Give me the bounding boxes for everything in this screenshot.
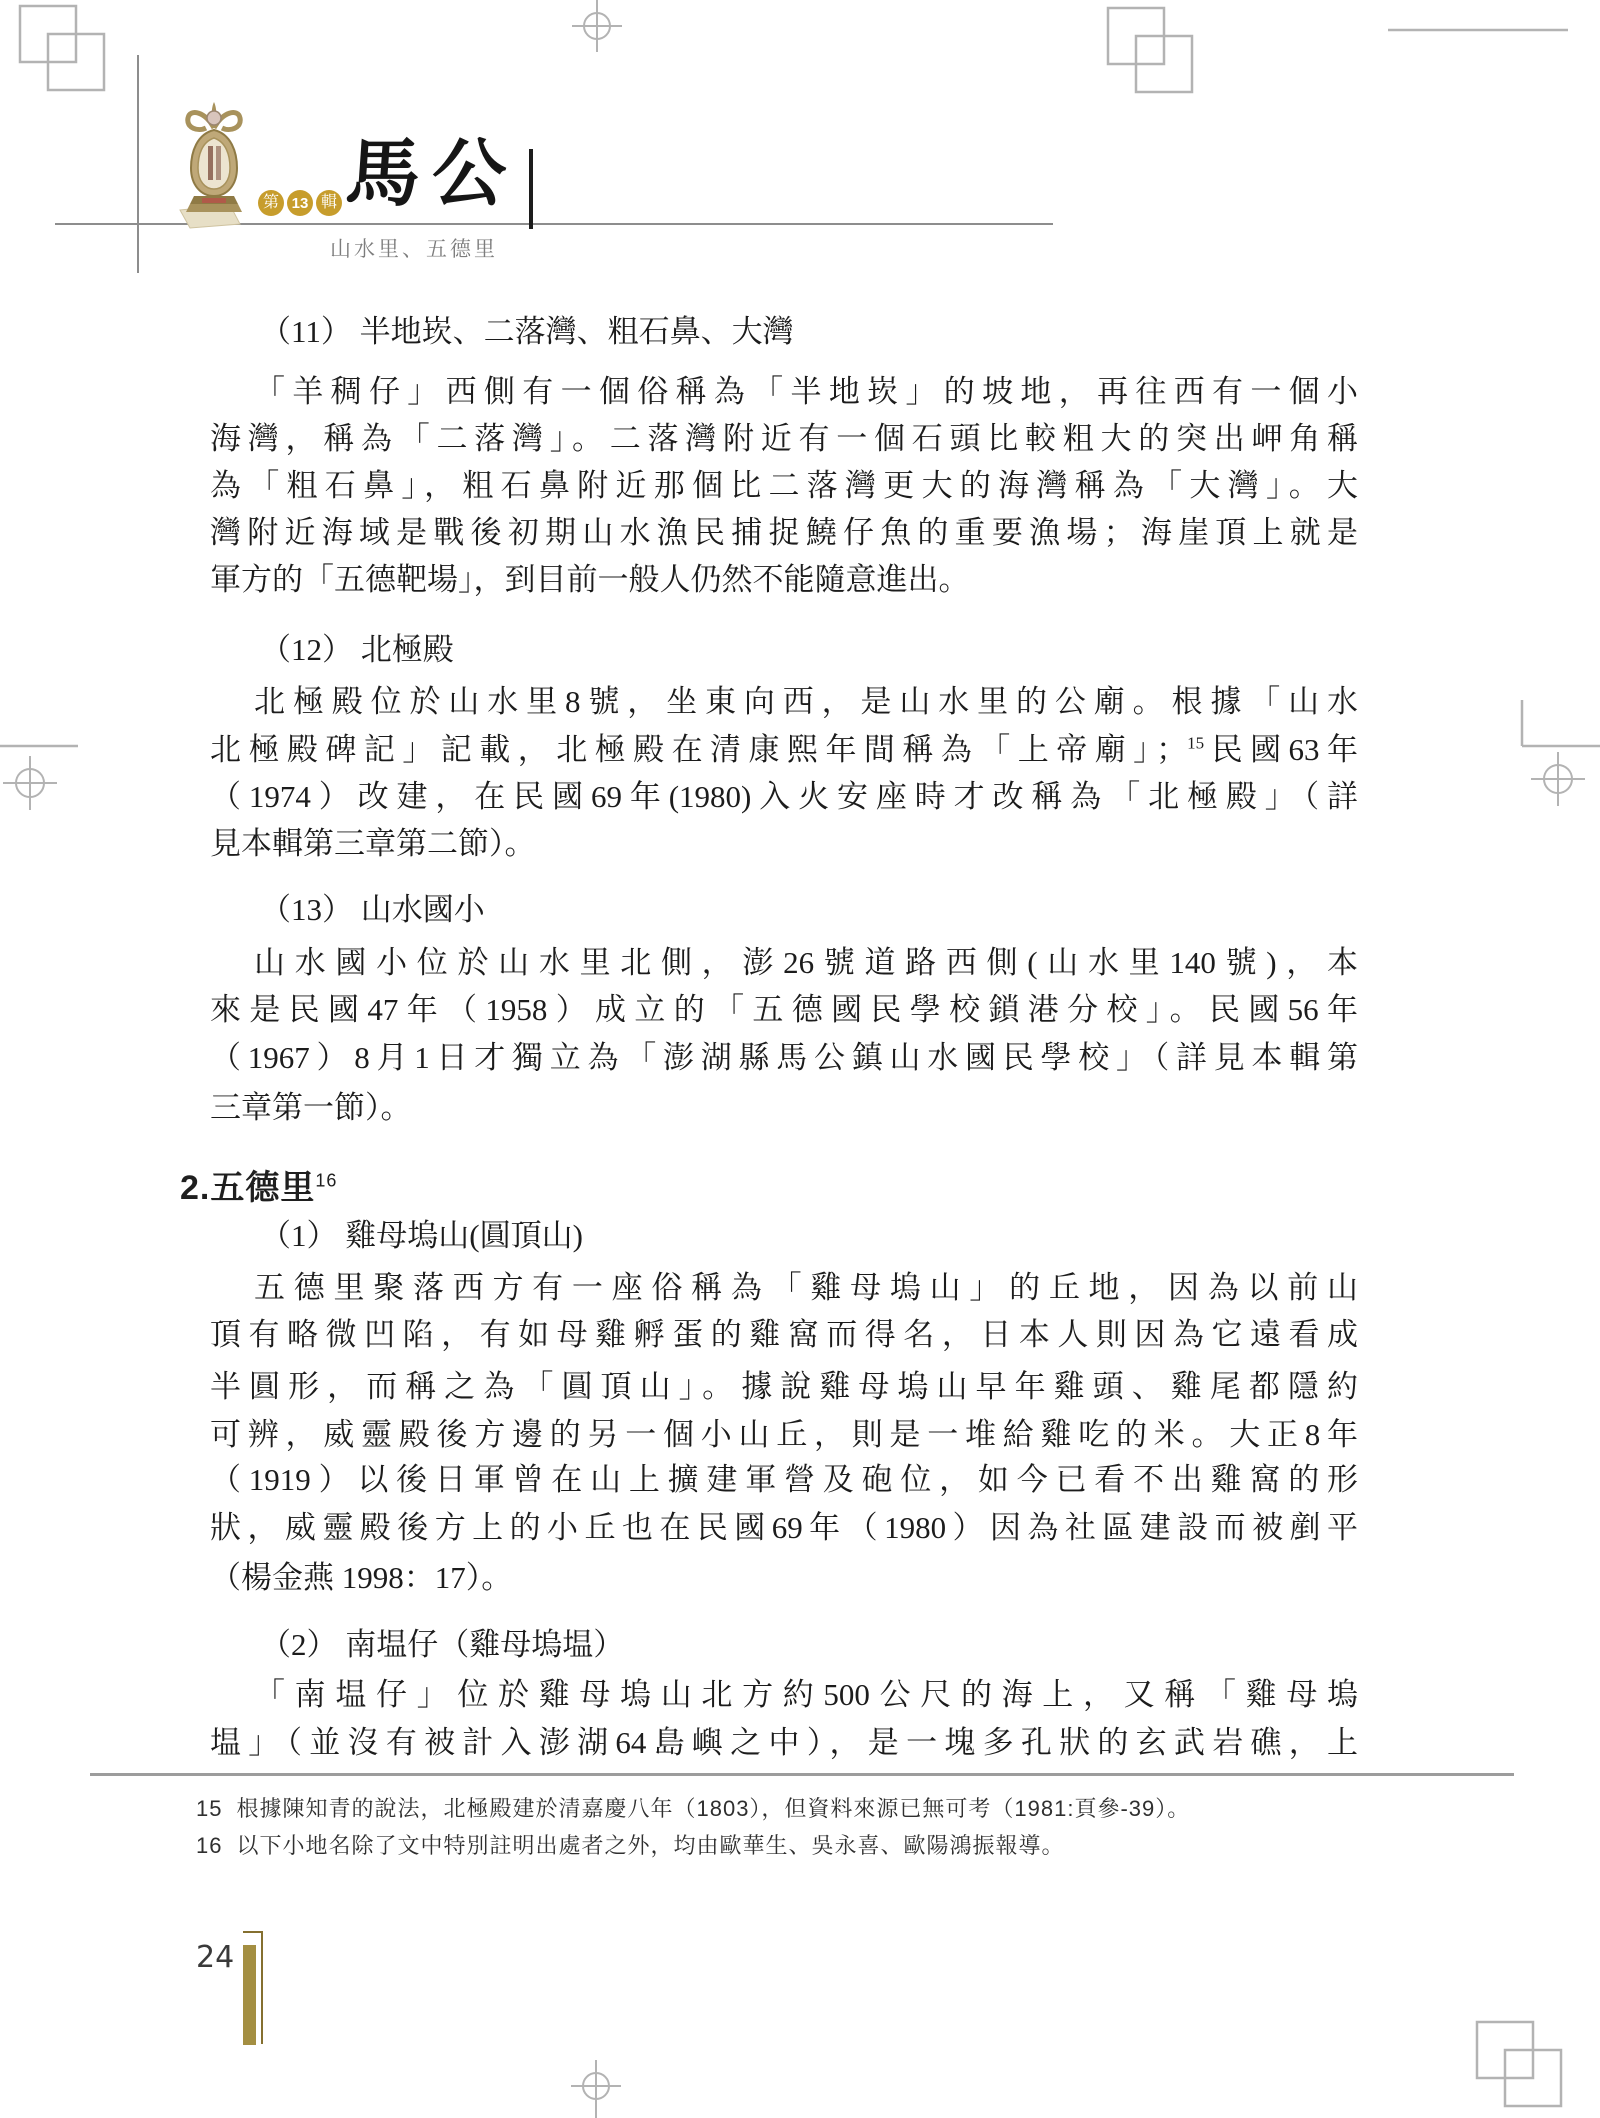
text-line: 塭」（並沒有被計入澎湖64島嶼之中），是一塊多孔狀的玄武岩礁，上 [210, 1723, 1358, 1765]
stele-ornament-image [178, 100, 250, 230]
text-line: 可辨，威靈殿後方邊的另一個小山丘，則是一堆給雞吃的米。大正8年 [210, 1415, 1358, 1457]
crosshair-icon [1531, 752, 1585, 806]
crop-square-icon [1136, 36, 1192, 92]
crop-square-icon [48, 34, 104, 90]
crosshair-icon [572, 0, 622, 52]
text-line: 狀，威靈殿後方上的小丘也在民國69年（1980）因為社區建設而被剷平 [210, 1508, 1358, 1550]
text-line: 來是民國47年（1958）成立的「五德國民學校鎖港分校」。民國56年 [210, 990, 1358, 1032]
text-line: 灣附近海域是戰後初期山水漁民捕捉鱙仔魚的重要漁場；海崖頂上就是 [210, 513, 1358, 555]
spine-line-horizontal [243, 1931, 263, 1933]
crop-square-icon [1505, 2050, 1561, 2106]
footnote-ref: 15 [1187, 734, 1204, 753]
section-heading: （2） 南塭仔（雞母塢塭） [210, 1625, 1358, 1667]
section-heading: （1） 雞母塢山(圓頂山) [210, 1216, 1358, 1258]
subsection-title: 五德里 [210, 1169, 315, 1207]
text-line: 頂有略微凹陷，有如母雞孵蛋的雞窩而得名，日本人則因為它遠看成 [210, 1315, 1358, 1357]
crosshair-icon [571, 2060, 621, 2118]
crop-square-icon [1108, 8, 1164, 64]
book-page: { "page_number": "24", "header": { "badg… [0, 0, 1600, 2118]
badge-circle-prefix: 第 [258, 190, 284, 216]
badge-circle-suffix: 輯 [316, 190, 342, 216]
spine-gold-bar [243, 1945, 256, 2045]
book-title-calligraphy: 馬公 [343, 138, 520, 212]
text-line: （楊金燕 1998：17）。 [210, 1558, 1358, 1600]
text-line: 北極殿位於山水里8號，坐東向西，是山水里的公廟。根據「山水 [210, 682, 1358, 724]
text-line: 見本輯第三章第二節）。 [210, 824, 1358, 866]
text-line: 北極殿碑記」記載，北極殿在清康熙年間稱為「上帝廟」；15民國63年 [210, 730, 1358, 772]
text-line: 五德里聚落西方有一座俗稱為「雞母塢山」的丘地，因為以前山 [210, 1268, 1358, 1310]
footnote-number: 16 [196, 1833, 222, 1858]
subsection-number: 2. [180, 1169, 210, 1207]
footnote-text: 根據陳知青的說法，北極殿建於清嘉慶八年（1803），但資料來源已無可考（1981… [236, 1796, 1190, 1821]
section-heading: （13） 山水國小 [210, 890, 1358, 932]
text-line: 半圓形，而稱之為「圓頂山」。據說雞母塢山早年雞頭、雞尾都隱約 [210, 1367, 1358, 1409]
series-badge: 第 13 輯 [258, 190, 342, 216]
page-number: 24 [196, 1940, 234, 1975]
crop-square-icon [1477, 2022, 1533, 2078]
text-line: 軍方的「五德靶場」，到目前一般人仍然不能隨意進出。 [210, 560, 1358, 602]
subsection-heading: 2.五德里16 [180, 1160, 337, 1209]
footnote: 15根據陳知青的說法，北極殿建於清嘉慶八年（1803），但資料來源已無可考（19… [196, 1792, 1456, 1823]
text-line: （1967）8月1日才獨立為「澎湖縣馬公鎮山水國民學校」（詳見本輯第 [210, 1038, 1358, 1080]
text-line: 「南塭仔」位於雞母塢山北方約500公尺的海上，又稱「雞母塢 [210, 1675, 1358, 1717]
spine-line-vertical [261, 1931, 263, 2044]
badge-circle-number: 13 [287, 190, 313, 216]
text-line: 「羊稠仔」西側有一個俗稱為「半地崁」的坡地，再往西有一個小 [210, 372, 1358, 414]
text-line: 海灣，稱為「二落灣」。二落灣附近有一個石頭比較粗大的突出岬角稱 [210, 419, 1358, 461]
footnote: 16以下小地名除了文中特別註明出處者之外，均由歐華生、吳永喜、歐陽鴻振報導。 [196, 1829, 1456, 1860]
header-vertical-line [137, 55, 139, 273]
text-run: 民國63年 [1204, 732, 1358, 767]
footnote-rule [90, 1773, 1514, 1776]
text-line: 山水國小位於山水里北側，澎26號道路西側(山水里140號)，本 [210, 943, 1358, 985]
section-heading: （12） 北極殿 [210, 630, 1358, 672]
text-line: 三章第一節）。 [210, 1088, 1358, 1130]
text-line: （1919）以後日軍曾在山上擴建軍營及砲位，如今已看不出雞窩的形 [210, 1460, 1358, 1502]
crosshair-icon [3, 756, 57, 810]
page-subtitle: 山水里、五德里 [330, 233, 498, 263]
text-run: 北極殿碑記」記載，北極殿在清康熙年間稱為「上帝廟」； [210, 732, 1187, 767]
footnote-ref: 16 [315, 1171, 337, 1191]
text-line: （1974）改建，在民國69年(1980)入火安座時才改稱為「北極殿」（詳 [210, 777, 1358, 819]
title-divider-bar [529, 149, 533, 229]
section-heading: （11） 半地崁、二落灣、粗石鼻、大灣 [210, 312, 1358, 354]
footnote-number: 15 [196, 1796, 222, 1821]
footnote-text: 以下小地名除了文中特別註明出處者之外，均由歐華生、吳永喜、歐陽鴻振報導。 [236, 1833, 1064, 1858]
crop-square-icon [20, 6, 76, 62]
text-line: 為「粗石鼻」，粗石鼻附近那個比二落灣更大的海灣稱為「大灣」。大 [210, 466, 1358, 508]
